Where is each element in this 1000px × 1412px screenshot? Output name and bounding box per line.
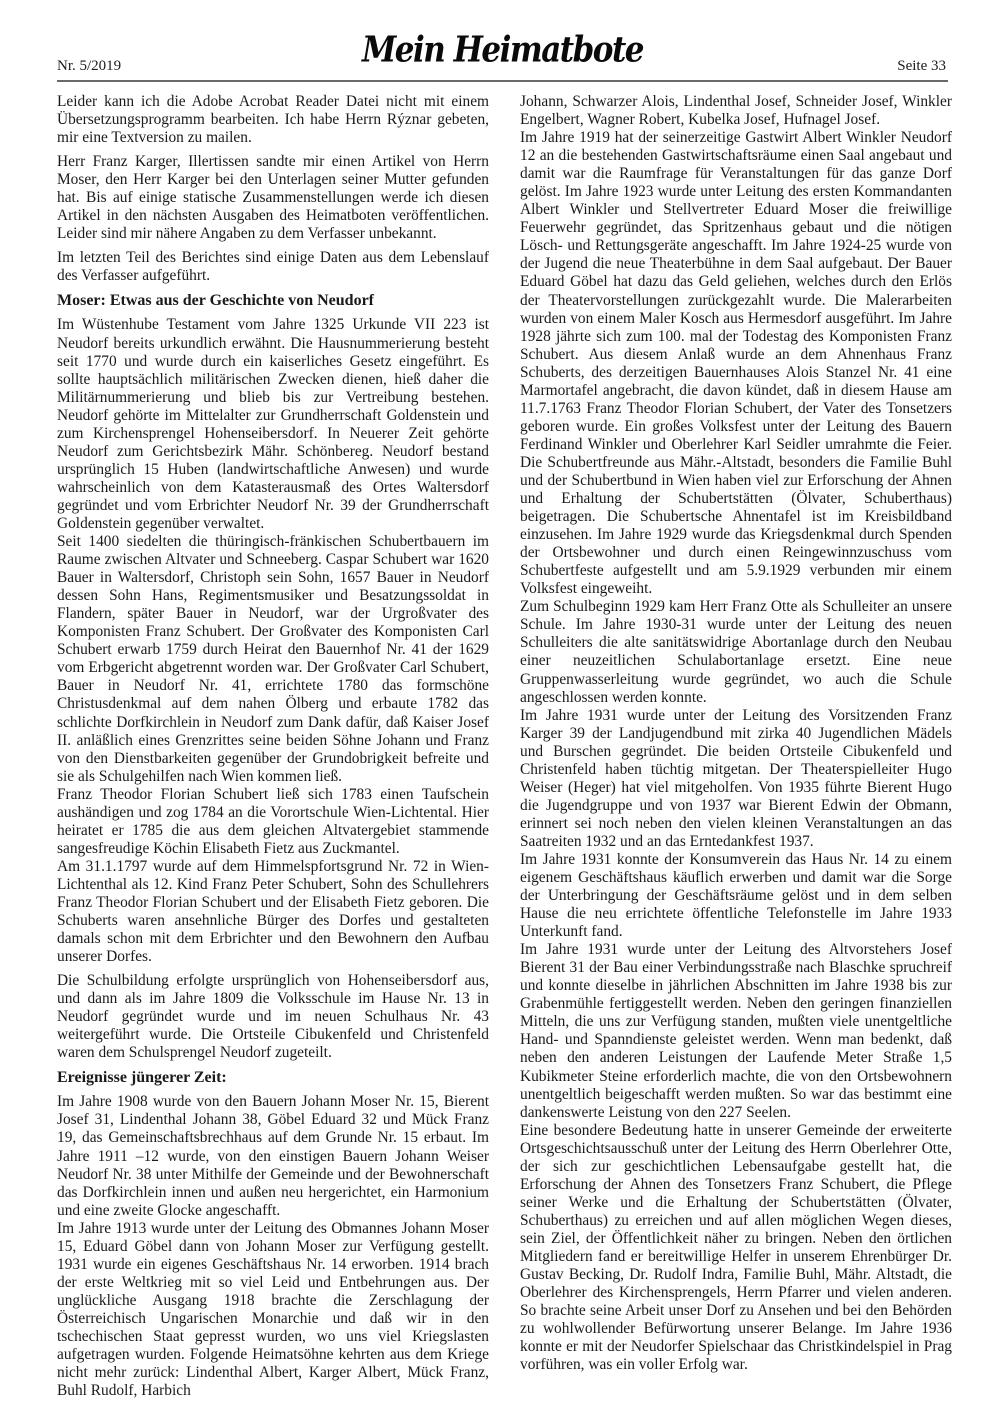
issue-number: Nr. 5/2019	[57, 58, 121, 75]
section-heading: Ereignisse jüngerer Zeit:	[57, 1068, 489, 1087]
paragraph: Zum Schulbeginn 1929 kam Herr Franz Otte…	[520, 598, 952, 706]
paragraph: Am 31.1.1797 wurde auf dem Himmelspforts…	[57, 858, 489, 966]
paragraph: Herr Franz Karger, Illertissen sandte mi…	[57, 153, 489, 243]
header-rule	[57, 80, 948, 82]
paragraph: Im Jahre 1931 wurde unter der Leitung de…	[520, 707, 952, 851]
right-column: Johann, Schwarzer Alois, Lindenthal Jose…	[520, 93, 952, 1400]
paragraph: Im Jahre 1931 wurde unter der Leitung de…	[520, 941, 952, 1121]
paragraph: Die Schulbildung erfolgte ursprünglich v…	[57, 972, 489, 1062]
paragraph: Im Jahre 1913 wurde unter der Leitung de…	[57, 1220, 489, 1400]
paragraph: Im Jahre 1919 hat der seinerzeitige Gast…	[520, 129, 952, 598]
page-number: Seite 33	[897, 58, 946, 75]
paragraph: Eine besondere Bedeutung hatte in unsere…	[520, 1122, 952, 1375]
paragraph: Franz Theodor Florian Schubert ließ sich…	[57, 786, 489, 858]
paragraph: Im Jahre 1931 konnte der Konsumverein da…	[520, 851, 952, 941]
paragraph: Seit 1400 siedelten die thüringisch-frän…	[57, 533, 489, 786]
paragraph: Im letzten Teil des Berichtes sind einig…	[57, 249, 489, 285]
page-header: Nr. 5/2019 Mein Heimatbote Seite 33	[57, 30, 948, 82]
paragraph: Im Wüstenhube Testament vom Jahre 1325 U…	[57, 316, 489, 533]
masthead-logo: Mein Heimatbote	[362, 29, 643, 70]
paragraph: Leider kann ich die Adobe Acrobat Reader…	[57, 93, 489, 147]
article-body: Leider kann ich die Adobe Acrobat Reader…	[57, 93, 952, 1400]
left-column: Leider kann ich die Adobe Acrobat Reader…	[57, 93, 489, 1400]
section-heading: Moser: Etwas aus der Geschichte von Neud…	[57, 291, 489, 310]
paragraph: Im Jahre 1908 wurde von den Bauern Johan…	[57, 1093, 489, 1219]
paragraph: Johann, Schwarzer Alois, Lindenthal Jose…	[520, 93, 952, 129]
